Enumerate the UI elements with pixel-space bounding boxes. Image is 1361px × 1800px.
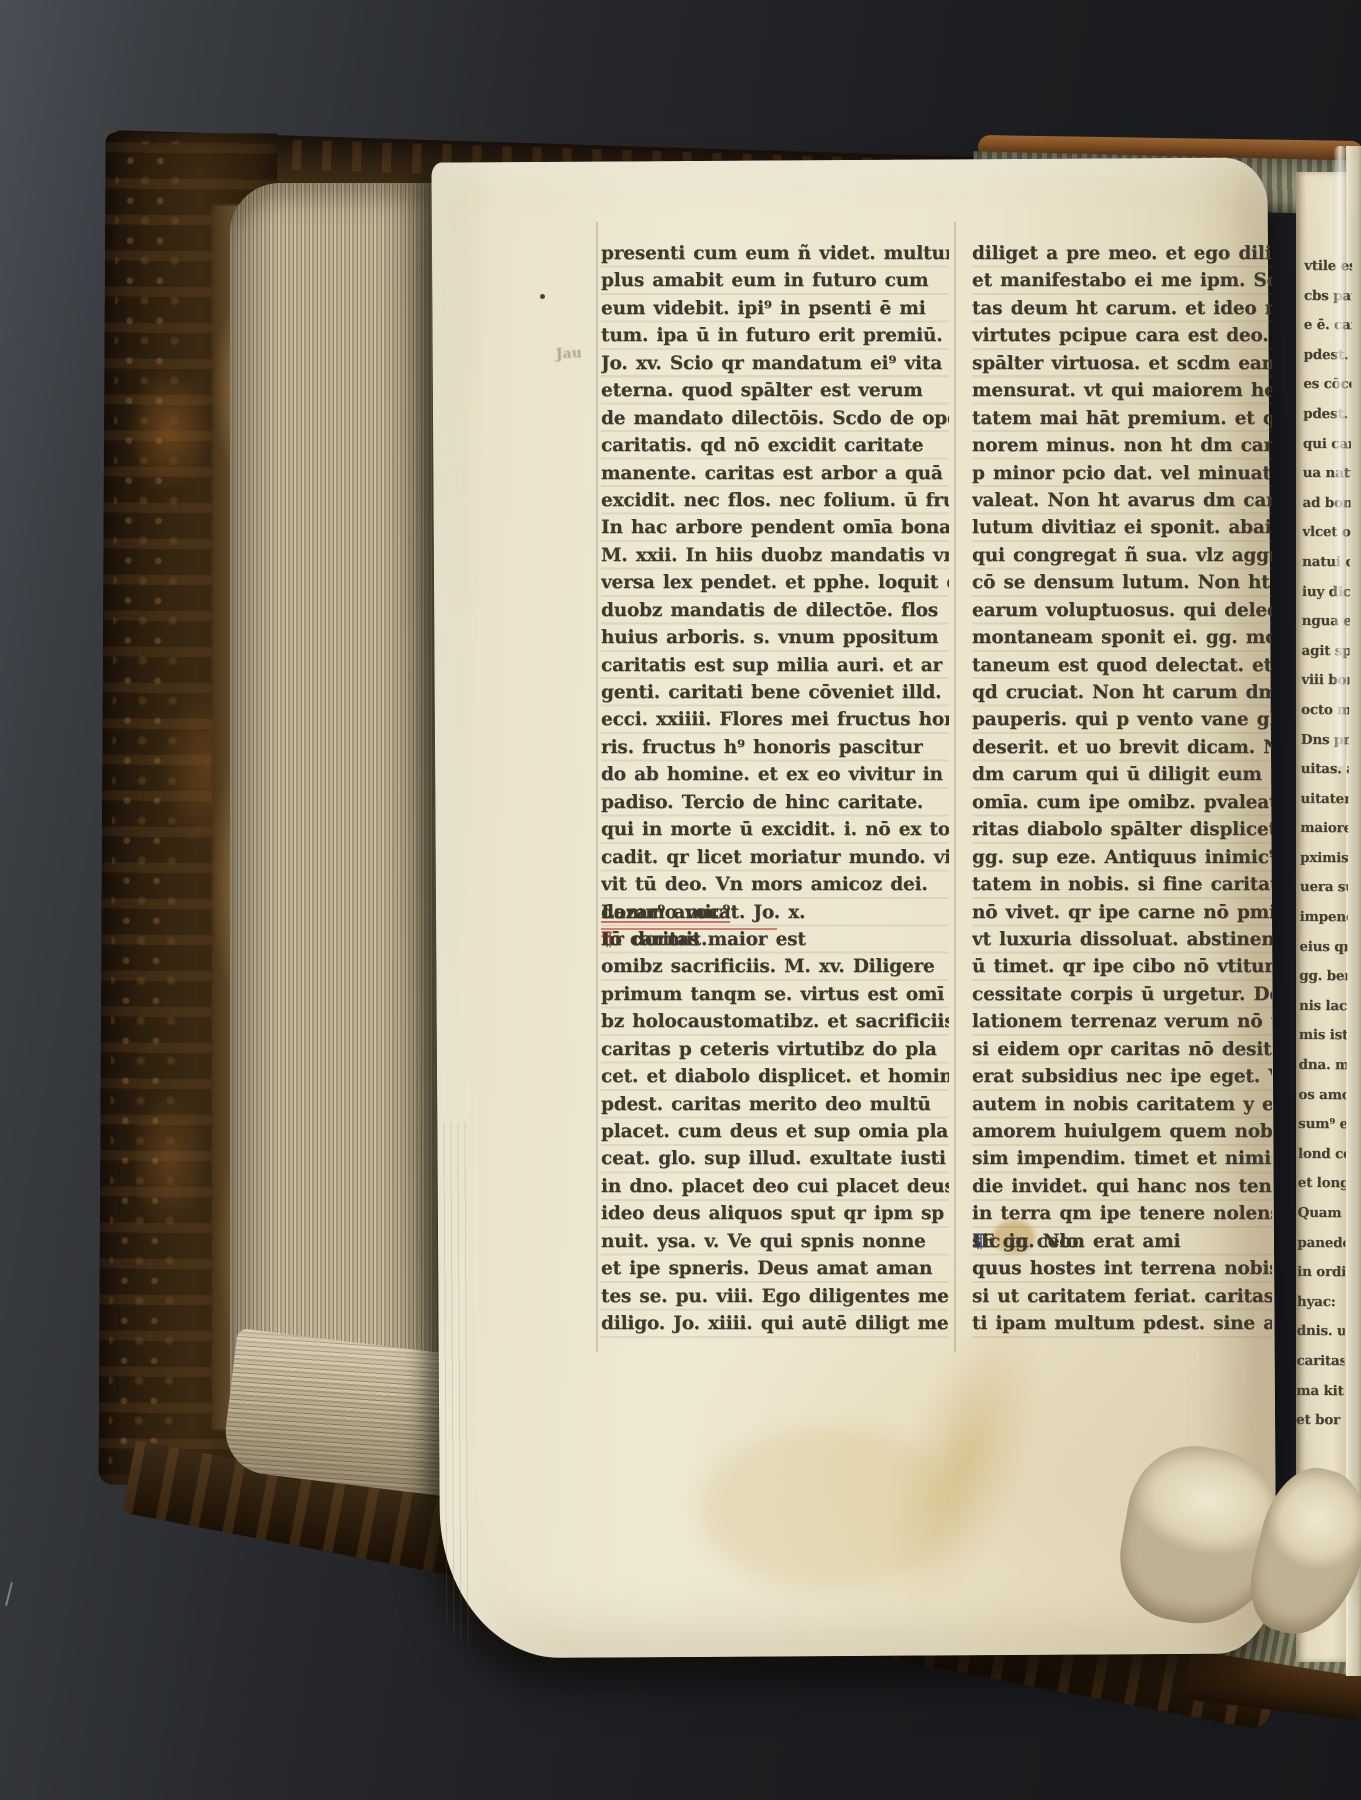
leather-tooling-pattern	[109, 141, 186, 1471]
text-line: tatem in nobis. si fine caritate ani	[972, 871, 1272, 898]
red-overline: Iō caritas maior est	[601, 926, 806, 953]
text-line: hyac:	[1297, 1288, 1345, 1318]
text-column-right: diliget a pre meo. et ego diligam eūet m…	[972, 240, 1272, 1340]
text-line: ecci. xxiiii. Flores mei fructus hono	[601, 706, 949, 733]
text-line: ma kit	[1296, 1376, 1344, 1406]
text-line: impende	[1299, 903, 1347, 933]
manuscript-photograph: presenti cum eum ñ videt. multumplus ama…	[0, 0, 1361, 1800]
text-line: nuit. ysa. v. Ve qui spnis nonne	[601, 1228, 949, 1255]
text-line: huius arboris. s. vnum ppositum	[601, 624, 949, 651]
text-line: cessitate corpis ū urgetur. Delec	[972, 981, 1272, 1008]
text-line: erat subsidius nec ipe eget. Vult	[972, 1063, 1272, 1090]
text-line: norem minus. non ht dm carum	[972, 432, 1272, 459]
text-line: omīa. cum ipe omibz. pvaleat ca	[972, 789, 1272, 816]
text-line: de mandato dilectōis. Scdo de ope	[601, 405, 949, 432]
text-line: qd cruciat. Non ht carum dm su	[972, 679, 1272, 706]
text-line: gg. benig	[1299, 962, 1347, 992]
text-line: cet. et diabolo displicet. et homini	[601, 1063, 949, 1090]
text-line: in terra qm ipe tenere nolens ce	[972, 1200, 1272, 1227]
text-line: et ipe spneris. Deus amat aman	[601, 1255, 949, 1282]
text-line: earum voluptuosus. qui delectatōez	[972, 597, 1272, 624]
text-line: Jo. xv. Scio qr mandatum ei⁹ vita	[601, 350, 949, 377]
text-line: placet. cum deus et sup omia pla	[601, 1118, 949, 1145]
text-line: cō se densum lutum. Non ht deū	[972, 569, 1272, 596]
text-line: qui congregat ñ sua. vlz aggravat	[972, 542, 1272, 569]
marginal-ghost-text: Jau	[556, 345, 583, 362]
text-line: et bor	[1296, 1406, 1344, 1436]
text-line: presenti cum eum ñ videt. multum	[601, 240, 949, 267]
text-line: vit tū deo. Vn mors amicoz dei.	[601, 871, 949, 898]
text-line: vt luxuria dissoluat. abstinentiā	[972, 926, 1272, 953]
background-scratch	[5, 1582, 13, 1606]
text-line: eterna. quod spālter est verum	[601, 377, 949, 404]
text-line: tum. ipa ū in futuro erit premiū.	[601, 322, 949, 349]
text-line: dm carum qui ū diligit eum sup	[972, 761, 1272, 788]
text-line: bz holocaustomatibz. et sacrificiis.	[601, 1008, 949, 1035]
column-ruling-line	[596, 222, 598, 1352]
text-line: mensurat. vt qui maiorem hent cari	[972, 377, 1272, 404]
text-line: ritas diabolo spālter displicet. vn	[972, 816, 1272, 843]
text-line: duobz mandatis de dilectōe. flos	[601, 597, 949, 624]
text-line: omibz sacrificiis. M. xv. Diligere	[601, 953, 949, 980]
text-line: ris. fructus h⁹ honoris pascitur	[601, 734, 949, 761]
text-line: si ut caritatem feriat. caritas si	[972, 1283, 1272, 1310]
text-line: padiso. Tercio de hinc caritate.	[601, 789, 949, 816]
text-line: tas deum ht carum. et ideo mirto cet	[972, 295, 1272, 322]
text-line: ti ipam multum pdest. sine alis	[972, 1310, 1272, 1337]
text-line: mis isto	[1299, 1021, 1347, 1051]
column-ruling-line	[954, 222, 956, 1352]
text-line: uitatem	[1300, 785, 1348, 815]
text-line: ideo deus aliquos sput qr ipm sp	[601, 1200, 949, 1227]
text-line: lationem terrenaz verum nō ti	[972, 1008, 1272, 1035]
text-line: caritatis est sup milia auri. et ar	[601, 652, 949, 679]
text-line: in dno. placet deo cui placet deus.	[601, 1173, 949, 1200]
text-line: sum⁹ et	[1298, 1110, 1346, 1140]
text-line: caritas p ceteris virtutibz do pla	[601, 1036, 949, 1063]
text-line: diligo. Jo. xiiii. qui autē diligt me	[601, 1310, 949, 1337]
text-line: autem in nobis caritatem y eande	[972, 1091, 1272, 1118]
text-line: dnis. un	[1297, 1317, 1345, 1347]
text-line: et longa	[1298, 1169, 1346, 1199]
text-line: versa lex pendet. et pphe. loquit de	[601, 569, 949, 596]
text-line: uera sua	[1300, 873, 1348, 903]
text-line: do ab homine. et ex eo vivitur in	[601, 761, 949, 788]
text-line: si eidem opr caritas nō desit. qr pe	[972, 1036, 1272, 1063]
text-line: diliget a pre meo. et ego diligam eū	[972, 240, 1272, 267]
text-line: quus hostes int terrena nobis tol	[972, 1255, 1272, 1282]
text-line: p minor pcio dat. vel minuat eum	[972, 460, 1272, 487]
text-line: plus amabit eum in futuro cum	[601, 267, 949, 294]
text-segment: IE gg. Non erat ami	[972, 1228, 1180, 1255]
text-line: die invidet. qui hanc nos tenentes	[972, 1173, 1272, 1200]
text-line: Quam	[1297, 1199, 1345, 1229]
text-line: excidit. nec flos. nec folium. ū fruct⁹.	[601, 487, 949, 514]
text-line: os amo	[1298, 1080, 1346, 1110]
text-line: panedo	[1297, 1228, 1345, 1258]
ink-speck	[540, 294, 545, 299]
text-line: nō vivet. qr ipe carne nō pmitt	[972, 899, 1272, 926]
text-line: tatem mai hāt premium. et qui mi	[972, 405, 1272, 432]
text-line: maiorem	[1300, 814, 1348, 844]
text-line: lond cep	[1298, 1140, 1346, 1170]
text-line: montaneam sponit ei. gg. momen	[972, 624, 1272, 651]
parchment-stain	[700, 1428, 960, 1588]
text-column-left: presenti cum eum ñ videt. multumplus ama…	[601, 240, 949, 1340]
text-line: taneum est quod delectat. eternū	[972, 652, 1272, 679]
text-line: dommo vocat. Jo. x. Lazar⁹ amic⁹	[601, 899, 949, 926]
text-line: lutum divitiaz ei sponit. abait qz	[972, 514, 1272, 541]
text-line: primum tanqm se. virtus est omī	[601, 981, 949, 1008]
text-line: amorem huiulgem quem nobis ui	[972, 1118, 1272, 1145]
text-line: genti. caritati bene cōveniet illd.	[601, 679, 949, 706]
text-line: In hac arbore pendent omīa bona	[601, 514, 949, 541]
text-line: et manifestabo ei me ipm. Sola cari	[972, 267, 1272, 294]
text-line: deserit. et uo brevit dicam. Nō ht	[972, 734, 1272, 761]
text-line: nr dormit. ¶ Iō caritas maior est	[601, 926, 949, 953]
red-underline: Lazar⁹ amic⁹	[601, 899, 730, 926]
text-line: cadit. qr licet moriatur mundo. vi	[601, 844, 949, 871]
fore-edge-page-stack	[230, 183, 444, 1435]
text-line: virtutes pcipue cara est deo. et qz	[972, 322, 1272, 349]
text-line: manente. caritas est arbor a quā	[601, 460, 949, 487]
text-line: qui in morte ū excidit. i. nō ex toto	[601, 816, 949, 843]
text-line: valeat. Non ht avarus dm cariū	[972, 487, 1272, 514]
text-line: sic in celo. ¶ IE gg. Non erat ami	[972, 1228, 1272, 1255]
text-line: tes se. pu. viii. Ego diligentes me	[601, 1283, 949, 1310]
text-line: pauperis. qui p vento vane glē	[972, 706, 1272, 733]
text-line: gg. sup eze. Antiquus inimic⁹ cari	[972, 844, 1272, 871]
text-line: eum videbit. ipi⁹ in psenti ē mi	[601, 295, 949, 322]
text-line: caritas	[1296, 1347, 1344, 1377]
text-line: sim impendim. timet et nimis od	[972, 1145, 1272, 1172]
text-line: M. xxii. In hiis duobz mandatis vni	[601, 542, 949, 569]
page-edge-lines	[443, 1122, 472, 1642]
text-line: ū timet. qr ipe cibo nō vtitur. nō ne	[972, 953, 1272, 980]
text-line: ceat. glo. sup illud. exultate iusti	[601, 1145, 949, 1172]
text-line: pximis	[1300, 844, 1348, 874]
text-line: caritatis. qd nō excidit caritate	[601, 432, 949, 459]
text-line: in ordib3	[1297, 1258, 1345, 1288]
text-line: nis lacē	[1299, 992, 1347, 1022]
text-line: spālter virtuosa. et scdm eam pmi⁹	[972, 350, 1272, 377]
text-line: dna. m	[1298, 1051, 1346, 1081]
text-line: pdest. caritas merito deo multū	[601, 1091, 949, 1118]
page-holder-rod	[1334, 146, 1347, 766]
text-line: eius qm	[1299, 932, 1347, 962]
